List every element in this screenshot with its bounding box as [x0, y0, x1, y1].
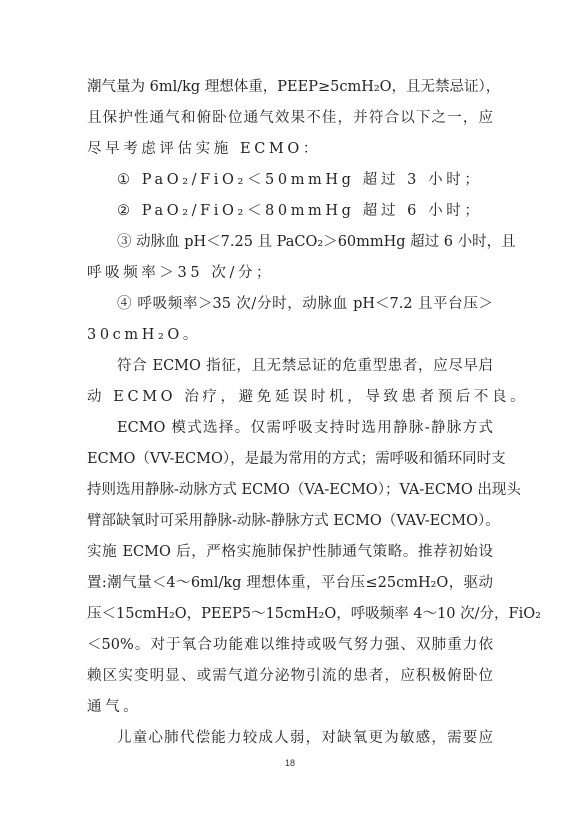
text-line: ＜50%。对于氧合功能难以维持或吸气努力强、双肺重力依	[87, 630, 493, 661]
text-line: 30cmH₂O。	[87, 320, 493, 351]
text-line: 且保护性通气和俯卧位通气效果不佳，并符合以下之一，应	[87, 103, 493, 134]
text-line: ③ 动脉血 pH＜7.25 且 PaCO₂＞60mmHg 超过 6 小时，且	[87, 227, 493, 258]
text-line: 动 ECMO 治疗，避免延误时机，导致患者预后不良。	[87, 382, 493, 413]
text-line: ECMO 模式选择。仅需呼吸支持时选用静脉-静脉方式	[87, 413, 493, 444]
text-line: 尽早考虑评估实施 ECMO：	[87, 134, 493, 165]
text-line: 儿童心肺代偿能力较成人弱，对缺氧更为敏感，需要应	[87, 723, 493, 754]
page-number: 18	[0, 758, 580, 768]
text-line: 赖区实变明显、或需气道分泌物引流的患者，应积极俯卧位	[87, 661, 493, 692]
text-line: ④ 呼吸频率＞35 次/分时，动脉血 pH＜7.2 且平台压＞	[87, 289, 493, 320]
text-line: 置:潮气量＜4～6ml/kg 理想体重，平台压≤25cmH₂O，驱动	[87, 568, 493, 599]
text-line: ② PaO₂/FiO₂＜80mmHg 超过 6 小时；	[87, 196, 493, 227]
text-line: 通气。	[87, 692, 493, 723]
document-page: 潮气量为 6ml/kg 理想体重，PEEP≥5cmH₂O，且无禁忌证），且保护性…	[0, 0, 580, 820]
body-text: 潮气量为 6ml/kg 理想体重，PEEP≥5cmH₂O，且无禁忌证），且保护性…	[87, 72, 493, 754]
text-line: 持则选用静脉-动脉方式 ECMO（VA-ECMO）；VA-ECMO 出现头	[87, 475, 493, 506]
text-line: 实施 ECMO 后，严格实施肺保护性肺通气策略。推荐初始设	[87, 537, 493, 568]
text-line: 潮气量为 6ml/kg 理想体重，PEEP≥5cmH₂O，且无禁忌证），	[87, 72, 493, 103]
text-line: 呼吸频率＞35 次/分；	[87, 258, 493, 289]
text-line: 符合 ECMO 指征，且无禁忌证的危重型患者，应尽早启	[87, 351, 493, 382]
text-line: ECMO（VV-ECMO），是最为常用的方式；需呼吸和循环同时支	[87, 444, 493, 475]
text-line: ① PaO₂/FiO₂＜50mmHg 超过 3 小时；	[87, 165, 493, 196]
text-line: 压＜15cmH₂O，PEEP5～15cmH₂O，呼吸频率 4～10 次/分，Fi…	[87, 599, 493, 630]
text-line: 臂部缺氧时可采用静脉-动脉-静脉方式 ECMO（VAV-ECMO）。	[87, 506, 493, 537]
